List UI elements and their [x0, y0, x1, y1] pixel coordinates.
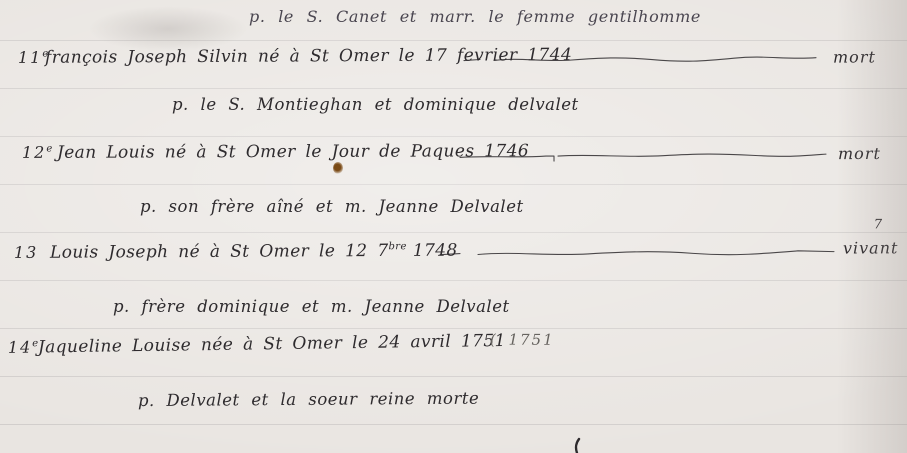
leader-dash-line	[458, 148, 828, 163]
manuscript-register-page: p. le S. Canet et marr. le femme gentilh…	[0, 0, 907, 453]
sponsor-line-text: p. frère dominique et m. Jeanne Delvalet	[113, 297, 510, 316]
entry-text-before: Louis Joseph né à St Omer le 12 7	[50, 241, 389, 263]
sponsor-line-entry-11: p. le S. Montieghan et dominique delvale…	[0, 95, 907, 125]
entry-text: Jaqueline Louise née à St Omer le 24 avr…	[38, 331, 506, 358]
register-entry-12: 12e Jean Louis né à St Omer le Jour de P…	[0, 140, 907, 173]
sponsor-line-entry-14: p. Delvalet et la soeur reine morte	[0, 386, 907, 422]
register-entry-13: 13 Louis Joseph né à St Omer le 12 7bre1…	[0, 238, 907, 273]
pencil-year-note: ( 1751	[490, 331, 555, 349]
leader-dash-line	[462, 52, 818, 68]
entry-number: 12e	[22, 143, 52, 162]
sponsor-line-text: p. son frère aîné et m. Jeanne Delvalet	[140, 197, 524, 216]
cutoff-ink-stroke	[571, 437, 585, 453]
register-entry-14: 14e Jaqueline Louise née à St Omer le 24…	[0, 325, 907, 368]
status-annotation-vivant: vivant	[843, 238, 899, 257]
entry-number: 11e	[18, 48, 48, 67]
sponsor-line-text: p. le S. Montieghan et dominique delvale…	[172, 95, 579, 114]
status-annotation-mort: mort	[833, 47, 876, 66]
entry-number: 14e	[8, 337, 39, 356]
sponsor-line-text: p. Delvalet et la soeur reine morte	[138, 389, 479, 410]
status-annotation-mort: mort	[838, 144, 881, 163]
entry-number: 13	[14, 243, 38, 262]
entry-number-value: 12	[22, 143, 46, 162]
register-entry-11: 11e françois Joseph Silvin né à St Omer …	[0, 43, 907, 78]
month-abbrev-superscript: bre	[388, 241, 406, 252]
sponsor-line-text: p. le S. Canet et marr. le femme gentilh…	[249, 7, 701, 26]
sponsor-line-entry-13: p. frère dominique et m. Jeanne Delvalet	[0, 297, 907, 327]
entry-number-value: 14	[8, 338, 33, 357]
leader-dash-line	[438, 245, 836, 261]
sponsor-line-previous-entry: p. le S. Canet et marr. le femme gentilh…	[0, 7, 907, 37]
entry-number-value: 11	[18, 48, 42, 67]
sponsor-line-entry-12: p. son frère aîné et m. Jeanne Delvalet	[0, 197, 907, 227]
entry-text: Louis Joseph né à St Omer le 12 7bre1748	[50, 241, 458, 263]
entry-number-suffix: e	[46, 143, 52, 154]
entry-number-value: 13	[14, 243, 38, 262]
status-flourish-mark: 7	[874, 217, 882, 232]
